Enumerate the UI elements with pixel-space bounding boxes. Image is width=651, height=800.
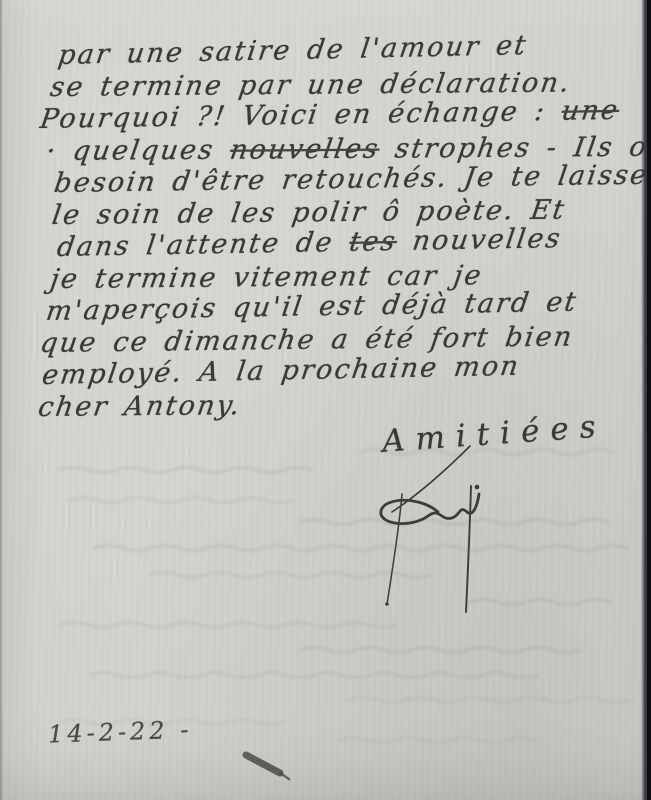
letter-date: 14-2-22 -	[48, 715, 193, 748]
line-text: dans l'attente de	[55, 227, 352, 263]
scan-right-edge	[641, 0, 651, 800]
struck-word: tes	[347, 226, 399, 258]
line-text: · quelques	[44, 135, 232, 167]
line-text: cher Antony.	[36, 390, 244, 423]
scan-left-edge-shadow	[0, 0, 3, 800]
struck-word: nouvelles	[228, 134, 382, 166]
letter-body: par une satire de l'amour et se termine …	[36, 40, 646, 424]
line-text: nouvelles	[395, 223, 564, 257]
struck-word: une	[560, 95, 622, 127]
